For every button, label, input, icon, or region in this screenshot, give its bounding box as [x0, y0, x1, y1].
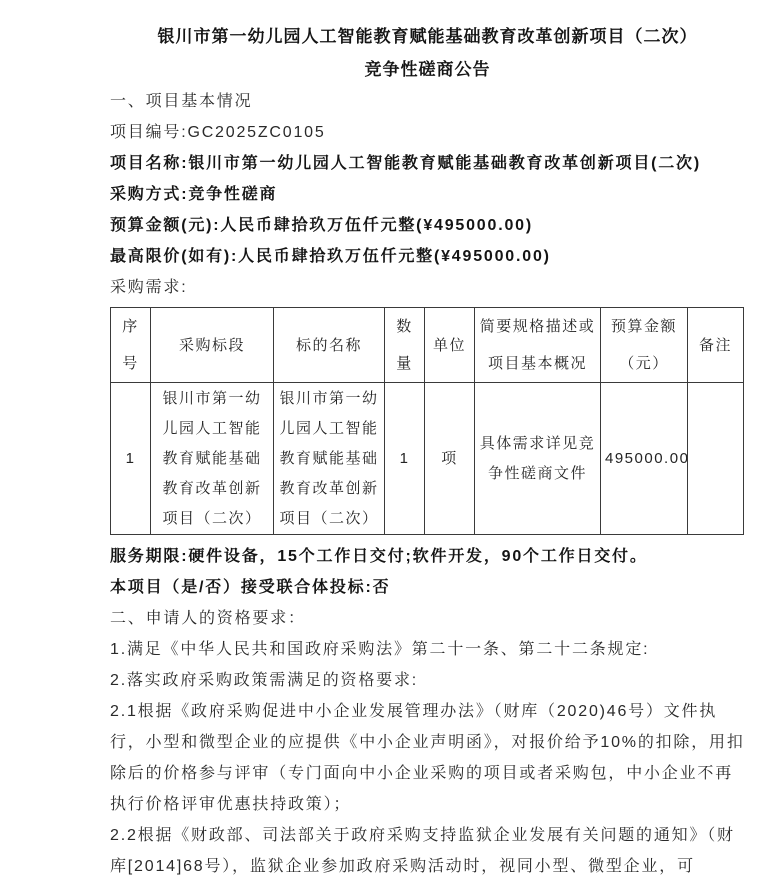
cell-remarks: [688, 383, 744, 535]
field-service-period: 服务期限:硬件设备，15个工作日交付;软件开发，90个工作日交付。: [110, 541, 745, 572]
announcement-document-page: 银川市第一幼儿园人工智能教育赋能基础教育改革创新项目（二次） 竞争性磋商公告 一…: [0, 0, 761, 885]
section-heading-applicant-qualifications: 二、申请人的资格要求：: [110, 603, 745, 634]
procurement-demand-table: 序号 采购标段 标的名称 数量 单位 简要规格描述或项目基本概况 预算金额（元）…: [110, 307, 744, 535]
cell-spec-summary: 具体需求详见竞争性磋商文件: [475, 383, 601, 535]
column-header-spec-summary: 简要规格描述或项目基本概况: [475, 308, 601, 383]
field-consortium-bid: 本项目（是/否）接受联合体投标:否: [110, 572, 745, 603]
field-procurement-demand-label: 采购需求:: [110, 272, 745, 303]
qualification-item-2: 2.落实政府采购政策需满足的资格要求:: [110, 665, 745, 696]
table-header-row: 序号 采购标段 标的名称 数量 单位 简要规格描述或项目基本概况 预算金额（元）…: [111, 308, 744, 383]
document-title: 银川市第一幼儿园人工智能教育赋能基础教育改革创新项目（二次）: [110, 20, 745, 53]
cell-budget-amount: 495000.00: [601, 383, 688, 535]
qualification-item-1: 1.满足《中华人民共和国政府采购法》第二十一条、第二十二条规定:: [110, 634, 745, 665]
column-header-subject-name: 标的名称: [274, 308, 385, 383]
column-header-seq-no: 序号: [111, 308, 151, 383]
field-maximum-price: 最高限价(如有):人民币肆拾玖万伍仟元整(¥495000.00): [110, 241, 745, 272]
column-header-remarks: 备注: [688, 308, 744, 383]
qualification-item-2-2: 2.2根据《财政部、司法部关于政府采购支持监狱企业发展有关问题的通知》（财库[2…: [110, 820, 745, 882]
section-heading-project-basic-info: 一、项目基本情况: [110, 86, 745, 117]
qualification-item-2-1: 2.1根据《政府采购促进中小企业发展管理办法》（财库（2020)46号）文件执行…: [110, 696, 745, 820]
cell-subject-name: 银川市第一幼儿园人工智能教育赋能基础教育改革创新项目（二次）: [274, 383, 385, 535]
field-project-number: 项目编号:GC2025ZC0105: [110, 117, 745, 148]
table-row: 1 银川市第一幼儿园人工智能教育赋能基础教育改革创新项目（二次） 银川市第一幼儿…: [111, 383, 744, 535]
cell-procurement-section: 银川市第一幼儿园人工智能教育赋能基础教育改革创新项目（二次）: [151, 383, 274, 535]
field-project-name: 项目名称:银川市第一幼儿园人工智能教育赋能基础教育改革创新项目(二次): [110, 148, 745, 179]
cell-seq-no: 1: [111, 383, 151, 535]
cell-quantity: 1: [385, 383, 425, 535]
field-budget-amount: 预算金额(元):人民币肆拾玖万伍仟元整(¥495000.00): [110, 210, 745, 241]
document-content: 银川市第一幼儿园人工智能教育赋能基础教育改革创新项目（二次） 竞争性磋商公告 一…: [0, 0, 755, 882]
document-subtitle: 竞争性磋商公告: [110, 53, 745, 86]
column-header-unit: 单位: [425, 308, 475, 383]
column-header-quantity: 数量: [385, 308, 425, 383]
column-header-procurement-section: 采购标段: [151, 308, 274, 383]
cell-unit: 项: [425, 383, 475, 535]
column-header-budget-amount: 预算金额（元）: [601, 308, 688, 383]
field-procurement-method: 采购方式:竞争性磋商: [110, 179, 745, 210]
